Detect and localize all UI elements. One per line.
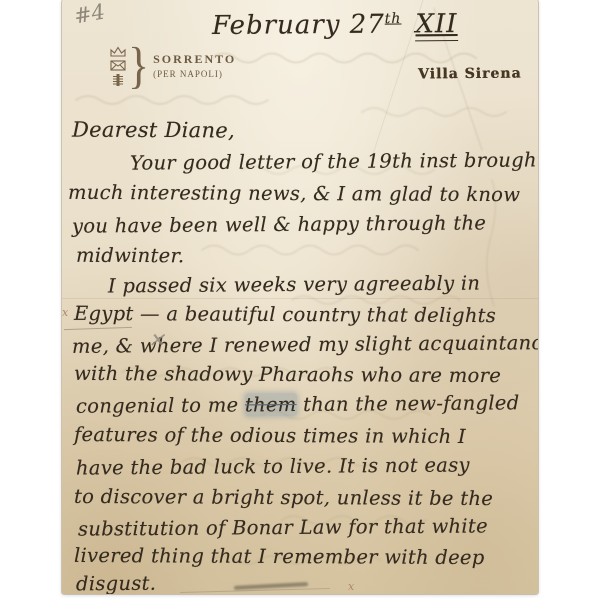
- envelope-icon: [110, 60, 126, 71]
- struck-word: them: [245, 393, 297, 416]
- body-line: substitution of Bonar Law for that white: [78, 514, 488, 540]
- body-line: much interesting news, & I am glad to kn…: [68, 181, 520, 206]
- body-line: features of the odious times in which I: [74, 423, 466, 448]
- letterhead: } SORRENTO (PER NAPOLI): [110, 40, 236, 91]
- date-line: February 27thXII: [212, 9, 458, 41]
- date-main: February 27: [212, 10, 385, 41]
- letter-paper: #4 } SORRENTO (PER NAPOLI): [62, 0, 538, 594]
- body-line: with the shadowy Pharaohs who are more: [74, 362, 501, 387]
- paper-crease-horizontal: [62, 298, 538, 299]
- date-year-numeral: XII: [415, 9, 457, 41]
- body-line: you have been well & happy through the: [72, 211, 486, 237]
- letterhead-brace: }: [128, 36, 149, 95]
- seal-icon: [110, 74, 126, 86]
- date-ordinal: th: [385, 11, 402, 27]
- letterhead-place: SORRENTO: [153, 52, 236, 67]
- strike-pre: congenial to me: [76, 393, 245, 417]
- body-line: me, & where I renewed my slight acquaint…: [72, 331, 538, 358]
- body-line: to discover a bright spot, unless it be …: [74, 485, 493, 510]
- body-line: midwinter.: [76, 244, 185, 268]
- letterhead-text: SORRENTO (PER NAPOLI): [153, 52, 236, 79]
- body-line: disgust.: [76, 572, 156, 594]
- body-line-strikethrough: congenial to me them than the new-fangle…: [76, 391, 520, 417]
- salutation: Dearest Diane,: [72, 118, 235, 143]
- strike-post: than the new-fangled: [296, 391, 519, 416]
- body-line: have the bad luck to live. It is not eas…: [76, 453, 470, 479]
- villa-name: Villa Sirena: [418, 66, 522, 83]
- body-line: livered thing that I remember with deep: [74, 544, 485, 569]
- pencil-page-number: #4: [72, 0, 107, 29]
- body-line: Your good letter of the 19th inst brough…: [130, 148, 538, 174]
- pencil-underline-egypt: [64, 327, 132, 330]
- body-line: Egypt — a beautiful country that delight…: [74, 302, 496, 327]
- ampersand-cross-mark: ✕: [148, 328, 165, 352]
- crown-icon: [110, 46, 126, 57]
- letterhead-place-sub: (PER NAPOLI): [153, 69, 236, 79]
- letterhead-icons: [110, 46, 126, 86]
- letter-photo: #4 } SORRENTO (PER NAPOLI): [0, 0, 600, 600]
- end-cross-mark: x: [348, 580, 354, 593]
- margin-cross-mark: x: [62, 306, 68, 319]
- body-line: I passed six weeks very agreeably in: [108, 272, 480, 298]
